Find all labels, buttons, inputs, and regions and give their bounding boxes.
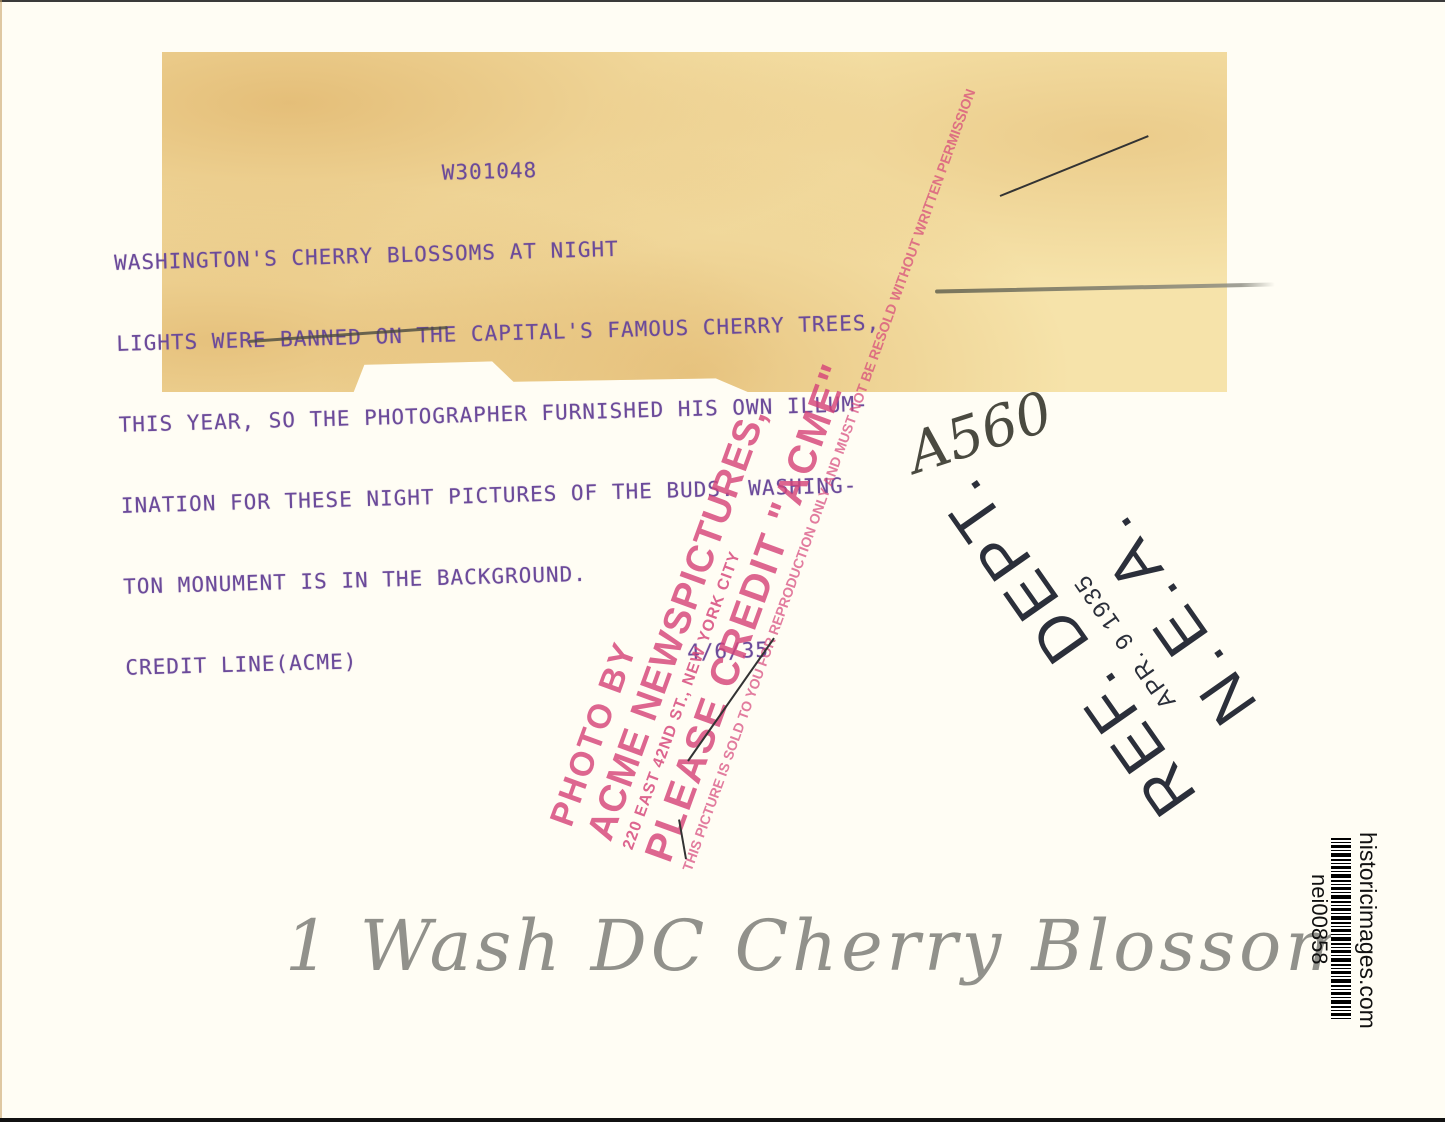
scan-edge-top	[0, 0, 1445, 2]
barcode-item-id: nei00858	[1306, 874, 1332, 965]
caption-id: W301048	[112, 148, 876, 196]
barcode-site-text: historicimages.com	[1354, 832, 1381, 1029]
caption-credit: CREDIT LINE(ACME)	[125, 649, 358, 679]
handwritten-pencil-caption: 1 Wash DC Cherry Blossom	[285, 905, 1356, 987]
barcode-label: historicimages.com nei00858	[1298, 832, 1418, 1012]
caption-headline: WASHINGTON'S CHERRY BLOSSOMS AT NIGHT	[114, 229, 878, 277]
ref-dept-stamp: REF. DEPT. APR. 9 1935 N.E.A.	[922, 403, 1294, 830]
photo-back: W301048 WASHINGTON'S CHERRY BLOSSOMS AT …	[0, 0, 1445, 1122]
barcode-icon	[1331, 838, 1351, 1020]
scan-edge-left	[0, 0, 2, 1118]
